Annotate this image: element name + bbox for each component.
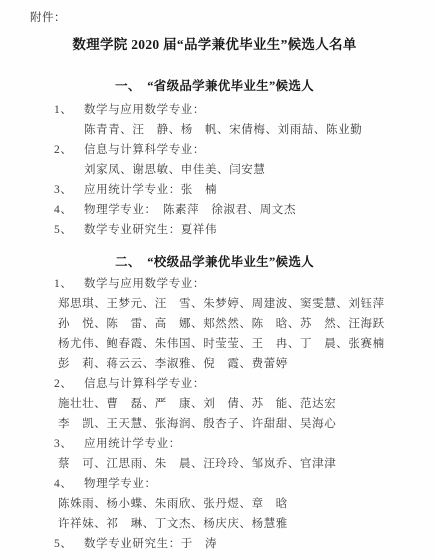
- item-label: 物理学专业：: [84, 474, 157, 494]
- name-line: 刘家凤、谢思敏、申佳美、闫安慧: [30, 160, 399, 180]
- list-item-major: 1、 数学与应用数学专业：: [30, 100, 399, 120]
- name-line: 蔡 可、江思雨、朱 晨、汪玲玲、邹岚乔、官津津: [30, 454, 399, 474]
- item-number: 3、: [54, 180, 84, 200]
- list-item-major: 3、 应用统计学专业：张 楠: [30, 180, 399, 200]
- item-label: 应用统计学专业：: [84, 434, 181, 454]
- item-number: 3、: [54, 434, 84, 454]
- list-item-major: 3、 应用统计学专业：: [30, 434, 399, 454]
- item-label: 数学与应用数学专业：: [84, 100, 205, 120]
- list-item-major: 4、 物理学专业：: [30, 474, 399, 494]
- item-label: 信息与计算科学专业：: [84, 374, 205, 394]
- attachment-label: 附件：: [30, 10, 399, 26]
- item-number: 2、: [54, 140, 84, 160]
- item-number: 5、: [54, 220, 84, 240]
- name-line: 彭 莉、蒋云云、李淑雅、倪 霞、费蕾婷: [30, 354, 399, 374]
- list-item-major: 2、 信息与计算科学专业：: [30, 140, 399, 160]
- section-provincial-heading: 一、 “省级品学兼优毕业生”候选人: [30, 78, 399, 94]
- item-number: 2、: [54, 374, 84, 394]
- page-title: 数理学院 2020 届“品学兼优毕业生”候选人名单: [30, 36, 399, 54]
- item-number: 5、: [54, 534, 84, 554]
- section-provincial-items: 1、 数学与应用数学专业： 陈青青、汪 静、杨 帆、宋倩梅、刘雨喆、陈业勤 2、…: [30, 100, 399, 240]
- name-line: 杨尤伟、鲍春霞、朱伟国、时莹莹、王 冉、丁 晨、张赛楠: [30, 334, 399, 354]
- name-line: 郑思琪、王梦元、汪 雪、朱梦婷、周建波、窦雯慧、刘钰萍: [30, 294, 399, 314]
- document-page: 附件： 数理学院 2020 届“品学兼优毕业生”候选人名单 一、 “省级品学兼优…: [0, 0, 435, 560]
- section-school: 二、 “校级品学兼优毕业生”候选人 1、 数学与应用数学专业： 郑思琪、王梦元、…: [30, 254, 399, 554]
- item-label: 数学专业研究生：于 涛: [84, 534, 217, 554]
- name-line: 孙 悦、陈 雷、高 娜、郏然然、陈 晗、苏 然、汪海跃: [30, 314, 399, 334]
- item-number: 4、: [54, 200, 84, 220]
- list-item-major: 1、 数学与应用数学专业：: [30, 274, 399, 294]
- item-number: 4、: [54, 474, 84, 494]
- name-line: 许祥妹、祁 琳、丁文杰、杨庆庆、杨慧雅: [30, 514, 399, 534]
- list-item-major: 4、 物理学专业： 陈素萍 徐淑君、周文杰: [30, 200, 399, 220]
- item-label: 物理学专业： 陈素萍 徐淑君、周文杰: [84, 200, 296, 220]
- name-line: 施壮壮、曹 磊、严 康、刘 倩、苏 能、范达宏: [30, 394, 399, 414]
- item-number: 1、: [54, 274, 84, 294]
- item-label: 数学专业研究生：夏祥伟: [84, 220, 217, 240]
- item-label: 信息与计算科学专业：: [84, 140, 205, 160]
- item-number: 1、: [54, 100, 84, 120]
- section-provincial: 一、 “省级品学兼优毕业生”候选人 1、 数学与应用数学专业： 陈青青、汪 静、…: [30, 78, 399, 240]
- item-label: 应用统计学专业：张 楠: [84, 180, 217, 200]
- name-line: 李 凯、王天慧、张海润、殷杏子、许甜甜、吴海心: [30, 414, 399, 434]
- list-item-major: 2、 信息与计算科学专业：: [30, 374, 399, 394]
- name-line: 陈姝雨、杨小蝶、朱雨欣、张丹煜、章 晗: [30, 494, 399, 514]
- name-line: 陈青青、汪 静、杨 帆、宋倩梅、刘雨喆、陈业勤: [30, 120, 399, 140]
- item-label: 数学与应用数学专业：: [84, 274, 205, 294]
- list-item-major: 5、 数学专业研究生：于 涛: [30, 534, 399, 554]
- section-school-items: 1、 数学与应用数学专业： 郑思琪、王梦元、汪 雪、朱梦婷、周建波、窦雯慧、刘钰…: [30, 274, 399, 554]
- section-school-heading: 二、 “校级品学兼优毕业生”候选人: [30, 254, 399, 270]
- list-item-major: 5、 数学专业研究生：夏祥伟: [30, 220, 399, 240]
